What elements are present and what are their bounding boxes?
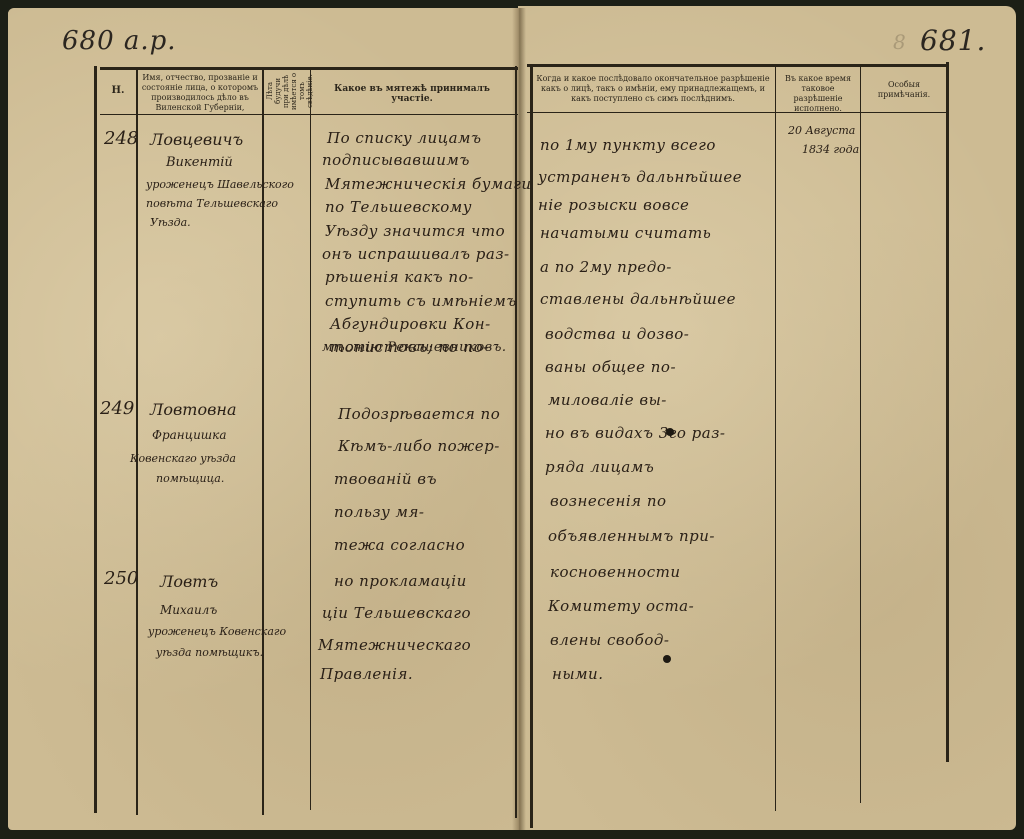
right-outer-border <box>946 62 949 762</box>
col-divider-num-name <box>136 70 138 815</box>
header-age: Лѣта будучи при дѣлѣ имѣется о томъ свѣд… <box>266 71 308 111</box>
row-250-name-line-4: уѣзда помѣщикъ. <box>156 646 263 659</box>
row-248-participation-3: Мятежническія бумаги <box>325 175 532 193</box>
top-rule-left <box>100 67 518 70</box>
executed-when-line-1: 20 Августа <box>788 124 855 137</box>
top-rule-right <box>527 64 947 67</box>
right-page-number: 681. <box>920 24 986 57</box>
resolution-line-13: объявленнымъ при- <box>548 527 715 545</box>
row-249-participation-8: Мятежническаго <box>318 636 471 654</box>
col-divider-age-participation <box>310 70 311 810</box>
col-divider-executed-remarks <box>860 66 861 803</box>
row-249-participation-7: ціи Тельшевскаго <box>322 604 471 622</box>
resolution-line-17: ными. <box>552 665 603 683</box>
resolution-line-15: Комитету оста- <box>548 597 694 615</box>
col-divider-resolution-executed <box>775 66 776 811</box>
row-249-name-line-4: помѣщица. <box>156 472 224 485</box>
row-248-participation-8: ступить съ имѣніемъ <box>325 292 517 310</box>
header-bottom-rule-left <box>100 114 518 115</box>
resolution-line-6: ставлены дальнѣйшее <box>540 290 736 308</box>
row-248-participation-6: онъ испрашивалъ раз- <box>322 245 510 263</box>
resolution-line-8: ваны общее по- <box>545 358 676 376</box>
row-248-participation-7: рѣшенія какъ по- <box>325 268 474 286</box>
executed-when-line-2: 1834 года <box>802 143 859 156</box>
punch-hole <box>666 428 674 436</box>
left-page-number: 680 a.p. <box>62 26 177 56</box>
row-248-participation-2: подписывавшимъ <box>322 151 470 169</box>
resolution-line-7: водства и дозво- <box>545 325 689 343</box>
row-248-name-line-5: Уѣзда. <box>150 216 191 229</box>
row-248-participation-1: По списку лицамъ <box>327 129 481 147</box>
resolution-line-1: по 1му пункту всего <box>540 136 716 154</box>
resolution-line-10: но въ видахъ 3го раз- <box>545 424 725 442</box>
row-248-participation-11: мѣстію Рекашевниковъ. <box>322 340 507 355</box>
resolution-line-5: а по 2му предо- <box>540 258 672 276</box>
row-249-participation-5: тежа согласно <box>334 536 465 554</box>
punch-hole <box>663 655 671 663</box>
row-249-name-line-2: Францишка <box>152 428 227 442</box>
header-executed-when: Въ какое время таковое разрѣшеніе исполн… <box>778 74 858 114</box>
right-page <box>518 6 1016 830</box>
header-number: Н. <box>100 86 136 96</box>
row-248-participation-5: Уѣзду значится что <box>325 222 505 240</box>
resolution-line-11: ряда лицамъ <box>545 458 654 476</box>
row-248-name-line-2: Викентій <box>166 155 233 170</box>
row-249-participation-6: но прокламаціи <box>334 572 467 590</box>
resolution-line-2: устраненъ дальнѣйшее <box>538 168 742 186</box>
row-249-participation-2: Кѣмъ-либо пожер- <box>338 437 500 455</box>
row-248-name-line-4: повѣта Тельшевскаго <box>146 197 278 210</box>
row-249-number: 249 <box>100 398 134 419</box>
row-249-name-line-3: Ковенскаго уѣзда <box>130 452 236 465</box>
left-outer-border <box>94 66 97 813</box>
resolution-line-12: вознесенія по <box>550 492 667 510</box>
row-249-participation-9: Правленія. <box>320 665 413 683</box>
resolution-line-16: влены свобод- <box>550 631 669 649</box>
row-248-surname: Ловцевичъ <box>150 130 243 149</box>
row-248-number: 248 <box>104 128 138 149</box>
row-249-surname: Ловтовна <box>150 400 237 419</box>
row-249-participation-1: Подозрѣвается по <box>338 405 500 423</box>
row-250-name-line-2: Михаилъ <box>160 603 217 617</box>
resolution-line-14: косновенности <box>550 563 680 581</box>
row-248-participation-4: по Тельшевскому <box>325 198 472 216</box>
row-250-surname: Ловтъ <box>160 572 218 591</box>
resolution-line-9: миловаліе вы- <box>548 391 667 409</box>
resolution-line-4: начатыми считать <box>540 224 711 242</box>
row-248-name-line-3: уроженецъ Шавельского <box>146 178 294 191</box>
faded-stamp-mark: 8 <box>893 30 906 54</box>
row-248-participation-9: Абгундировки Кон- <box>330 315 491 333</box>
resolution-line-3: ніе розыски вовсе <box>538 196 689 214</box>
header-bottom-rule-right <box>527 112 947 113</box>
header-participation: Какое въ мятежѣ принималъ участіе. <box>314 84 510 104</box>
row-249-participation-4: пользу мя- <box>334 503 425 521</box>
row-249-participation-3: твованій въ <box>334 470 437 488</box>
header-remarks: Особыя примѣчанія. <box>863 80 945 100</box>
header-name: Имя, отчество, прозваніе и состояніе лиц… <box>140 73 260 113</box>
row-250-number: 250 <box>104 568 138 589</box>
header-resolution: Когда и какое послѣдовало окончательное … <box>533 74 773 104</box>
row-250-name-line-3: уроженецъ Ковенскаго <box>148 625 286 638</box>
